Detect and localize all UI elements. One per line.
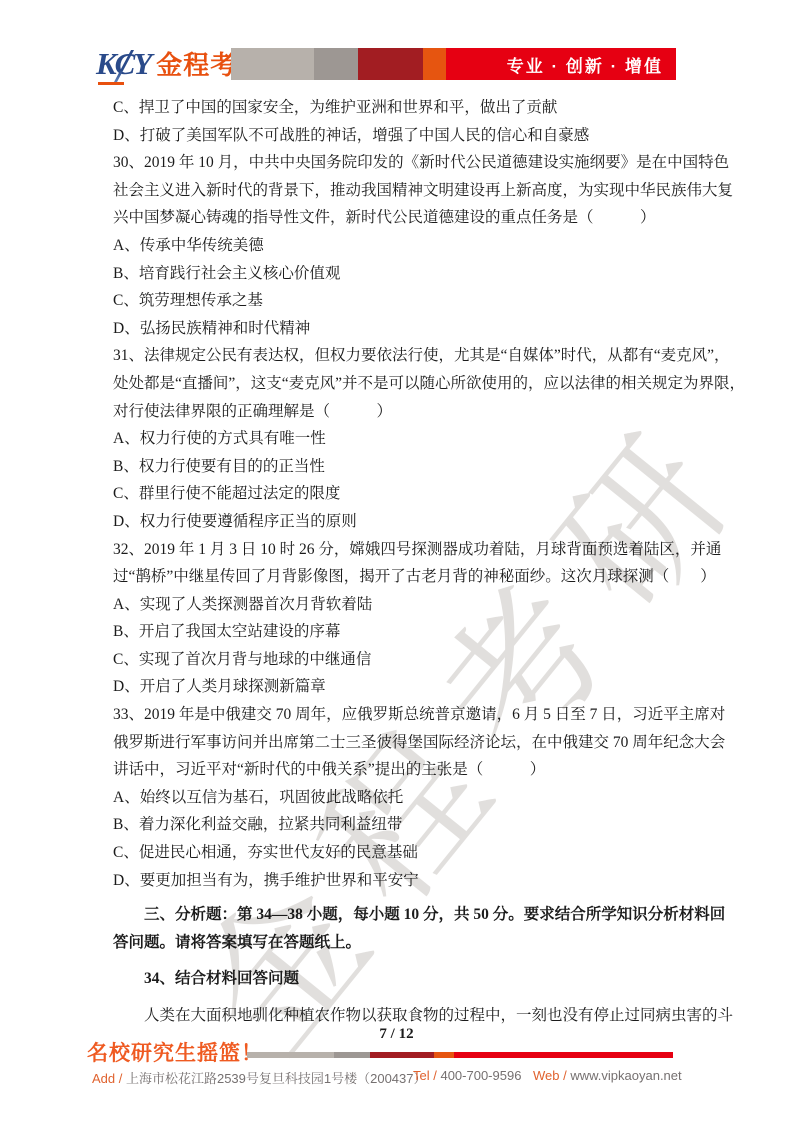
address-label: Add / bbox=[92, 1071, 126, 1086]
doc-line-30: 答问题。请将答案填写在答题纸上。 bbox=[113, 929, 688, 957]
doc-line-13: B、权力行使要有目的的正当性 bbox=[113, 453, 688, 481]
page-header: KCY 金程考研 专业 · 创新 · 增值 bbox=[0, 0, 793, 92]
doc-line-14: C、群里行使不能超过法定的限度 bbox=[113, 480, 688, 508]
doc-line-20: C、实现了首次月背与地球的中继通信 bbox=[113, 646, 688, 674]
banner-segment-darkred bbox=[358, 48, 423, 80]
doc-line-24: 讲话中，习近平对“新时代的中俄关系”提出的主张是（ ） bbox=[113, 756, 688, 784]
footerbar-segment-midgray bbox=[334, 1052, 370, 1058]
exam-content: C、捍卫了中国的国家安全，为维护亚洲和世界和平，做出了贡献D、打破了美国军队不可… bbox=[113, 94, 688, 1030]
footerbar-segment-lightgray bbox=[247, 1052, 334, 1058]
footerbar-segment-red bbox=[454, 1052, 673, 1058]
doc-line-5: A、传承中华传统美德 bbox=[113, 232, 688, 260]
logo-underline bbox=[98, 82, 124, 85]
doc-line-29: 三、分析题：第 34—38 小题，每小题 10 分，共 50 分。要求结合所学知… bbox=[113, 901, 688, 929]
doc-line-9: 31、法律规定公民有表达权，但权力要依法行使，尤其是“自媒体”时代，从都有“麦克… bbox=[113, 342, 688, 370]
doc-line-17: 过“鹊桥”中继星传回了月背影像图，揭开了古老月背的神秘面纱。这次月球探测（ ） bbox=[113, 563, 688, 591]
doc-line-18: A、实现了人类探测器首次月背软着陆 bbox=[113, 591, 688, 619]
doc-line-28: D、要更加担当有为，携手维护世界和平安宁 bbox=[113, 867, 688, 895]
doc-line-19: B、开启了我国太空站建设的序幕 bbox=[113, 618, 688, 646]
doc-line-27: C、促进民心相通，夯实世代友好的民意基础 bbox=[113, 839, 688, 867]
footerbar-segment-darkred bbox=[370, 1052, 434, 1058]
footer-bar bbox=[247, 1052, 673, 1058]
doc-line-11: 对行使法律界限的正确理解是（ ） bbox=[113, 398, 688, 426]
website-label: Web / bbox=[533, 1068, 570, 1083]
page-number: 7 / 12 bbox=[0, 1026, 793, 1043]
footerbar-segment-orange bbox=[434, 1052, 454, 1058]
footer-tagline: 名校研究生摇篮！ bbox=[87, 1043, 263, 1064]
website-value: www.vipkaoyan.net bbox=[570, 1068, 681, 1083]
doc-line-25: A、始终以互信为基石，巩固彼此战略依托 bbox=[113, 784, 688, 812]
page-footer: 7 / 12 名校研究生摇篮！ Add / 上海市松花江路2539号复旦科技园1… bbox=[0, 1026, 793, 1096]
banner-segment-orange bbox=[423, 48, 446, 80]
doc-line-6: B、培育践行社会主义核心价值观 bbox=[113, 260, 688, 288]
contact-row: Add / 上海市松花江路2539号复旦科技园1号楼（200437） Tel /… bbox=[0, 1068, 793, 1088]
doc-line-0: C、捍卫了中国的国家安全，为维护亚洲和世界和平，做出了贡献 bbox=[113, 94, 688, 122]
doc-line-7: C、筑劳理想传承之基 bbox=[113, 287, 688, 315]
exam-page: { "header": { "logo_mark": "KCY", "logo_… bbox=[0, 0, 793, 1122]
doc-line-3: 社会主义进入新时代的背景下，推动我国精神文明建设再上新高度，为实现中华民族伟大复 bbox=[113, 177, 688, 205]
contact-address: Add / 上海市松花江路2539号复旦科技园1号楼（200437） bbox=[92, 1068, 427, 1087]
contact-website: Web / www.vipkaoyan.net bbox=[533, 1068, 682, 1083]
address-value: 上海市松花江路2539号复旦科技园1号楼（200437） bbox=[126, 1071, 427, 1086]
doc-line-16: 32、2019 年 1 月 3 日 10 时 26 分，嫦娥四号探测器成功着陆，… bbox=[113, 536, 688, 564]
header-banner: 专业 · 创新 · 增值 bbox=[231, 48, 676, 80]
kcy-logo-icon: KCY bbox=[96, 48, 156, 79]
doc-line-10: 处处都是“直播间”，这支“麦克风”并不是可以随心所欲使用的，应以法律的相关规定为… bbox=[113, 370, 688, 398]
phone-value: 400-700-9596 bbox=[440, 1068, 521, 1083]
phone-label: Tel / bbox=[413, 1068, 440, 1083]
doc-line-22: 33、2019 年是中俄建交 70 周年，应俄罗斯总统普京邀请，6 月 5 日至… bbox=[113, 701, 688, 729]
banner-segment-red: 专业 · 创新 · 增值 bbox=[446, 48, 676, 80]
doc-line-31: 34、结合材料回答问题 bbox=[113, 965, 688, 993]
banner-segment-midgray bbox=[314, 48, 358, 80]
doc-line-1: D、打破了美国军队不可战胜的神话，增强了中国人民的信心和自豪感 bbox=[113, 122, 688, 150]
banner-segment-lightgray bbox=[231, 48, 314, 80]
doc-line-26: B、着力深化利益交融，拉紧共同利益纽带 bbox=[113, 811, 688, 839]
doc-line-15: D、权力行使要遵循程序正当的原则 bbox=[113, 508, 688, 536]
doc-line-8: D、弘扬民族精神和时代精神 bbox=[113, 315, 688, 343]
doc-line-2: 30、2019 年 10 月，中共中央国务院印发的《新时代公民道德建设实施纲要》… bbox=[113, 149, 688, 177]
doc-line-12: A、权力行使的方式具有唯一性 bbox=[113, 425, 688, 453]
contact-phone: Tel / 400-700-9596 bbox=[413, 1068, 521, 1083]
doc-line-23: 俄罗斯进行军事访问并出席第二士三圣彼得堡国际经济论坛，在中俄建交 70 周年纪念… bbox=[113, 729, 688, 757]
doc-line-21: D、开启了人类月球探测新篇章 bbox=[113, 673, 688, 701]
doc-line-4: 兴中国梦凝心铸魂的指导性文件，新时代公民道德建设的重点任务是（ ） bbox=[113, 204, 688, 232]
brand-slogan: 专业 · 创新 · 增值 bbox=[507, 52, 676, 77]
